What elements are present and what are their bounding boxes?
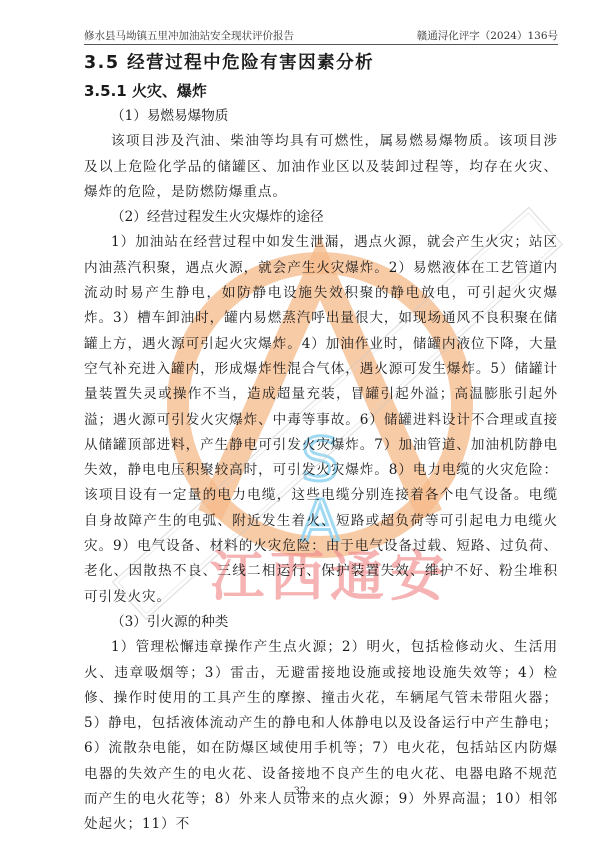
item-heading-fire-explosion-pathways: （2）经营过程发生火灾爆炸的途径 bbox=[84, 205, 558, 230]
item-heading-ignition-sources: （3）引火源的种类 bbox=[84, 610, 558, 635]
paragraph-fire-explosion-pathways: 1）加油站在经营过程中如发生泄漏，遇点火源，就会产生火灾；站区内油蒸汽积聚，遇点… bbox=[84, 230, 558, 609]
paragraph-flammable-substances: 该项目涉及汽油、柴油等均具有可燃性，属易燃易爆物质。该项目涉及以上危险化学品的储… bbox=[84, 129, 558, 205]
page-number: 32 bbox=[0, 786, 600, 797]
subsection-title: 3.5.1 火灾、爆炸 bbox=[84, 78, 558, 104]
page-header: 修水县马坳镇五里冲加油站安全现状评价报告 赣通浔化评字（2024）136号 bbox=[84, 28, 558, 45]
header-report-title: 修水县马坳镇五里冲加油站安全现状评价报告 bbox=[84, 28, 294, 43]
paragraph-ignition-sources: 1）管理松懈违章操作产生点火源；2）明火，包括检修动火、生活用火、违章吸烟等；3… bbox=[84, 635, 558, 837]
item-heading-flammable-substances: （1）易燃易爆物质 bbox=[84, 104, 558, 129]
document-body: 3.5 经营过程中危险有害因素分析 3.5.1 火灾、爆炸 （1）易燃易爆物质 … bbox=[84, 48, 558, 838]
header-document-number: 赣通浔化评字（2024）136号 bbox=[417, 28, 558, 43]
section-title: 3.5 经营过程中危险有害因素分析 bbox=[84, 48, 558, 78]
